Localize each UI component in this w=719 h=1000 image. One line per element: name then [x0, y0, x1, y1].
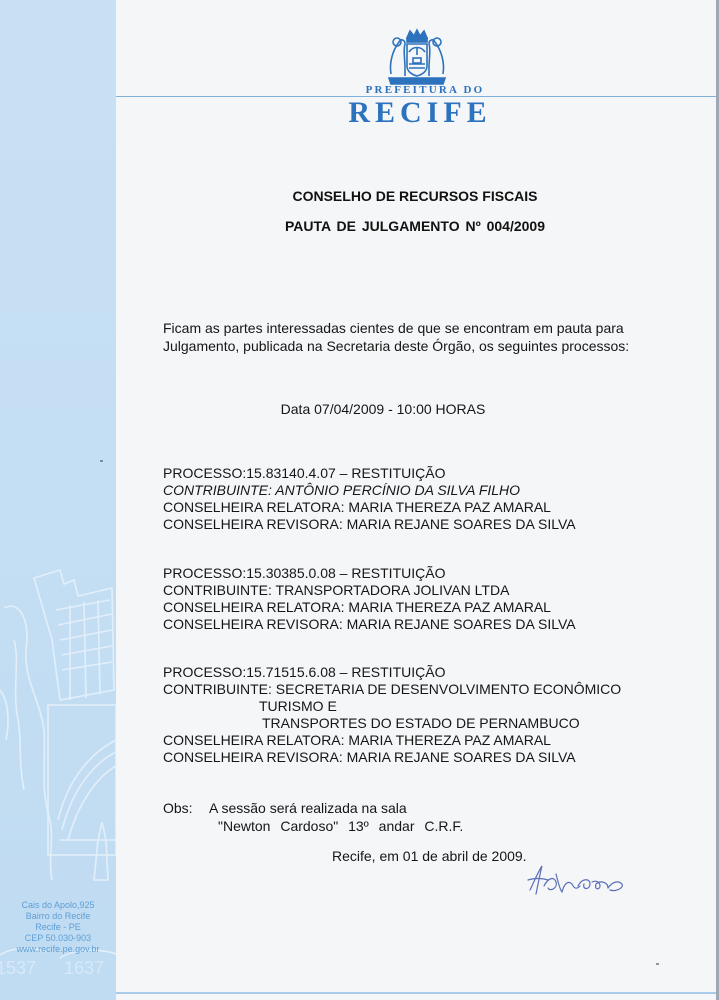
coat-of-arms-icon: [385, 28, 449, 86]
process-entry: PROCESSO:15.83140.4.07 – RESTITUIÇÃO CON…: [163, 465, 683, 533]
address-block: Cais do Apolo,925 Bairro do Recife Recif…: [0, 900, 116, 955]
process-revisora: CONSELHEIRA REVISORA: MARIA REJANE SOARE…: [163, 616, 683, 633]
letterhead-sidebar: 1537 1637 Cais do Apolo,925 Bairro do Re…: [0, 0, 116, 1000]
observation-note: Obs:A sessão será realizada na sala "New…: [163, 799, 463, 835]
process-contribuinte-cont: TURISMO E: [163, 698, 683, 715]
signed-date: Recife, em 01 de abril de 2009.: [332, 848, 527, 864]
process-contribuinte: CONTRIBUINTE: SECRETARIA DE DESENVOLVIME…: [163, 681, 683, 698]
address-street: Cais do Apolo,925: [0, 900, 116, 911]
city-watermark-icon: 1537 1637: [0, 0, 116, 1000]
process-entry: PROCESSO:15.30385.0.08 – RESTITUIÇÃO CON…: [163, 565, 683, 633]
obs-location: "Newton Cardoso" 13º andar C.R.F.: [163, 817, 463, 835]
process-contribuinte: CONTRIBUINTE: ANTÔNIO PERCÍNIO DA SILVA …: [163, 482, 683, 499]
session-date: Data 07/04/2009 - 10:00 HORAS: [163, 401, 603, 417]
process-number: PROCESSO:15.71515.6.08 – RESTITUIÇÃO: [163, 664, 683, 681]
obs-label: Obs:: [163, 799, 209, 817]
handwritten-signature-icon: [520, 860, 630, 900]
year-1537-watermark: 1537: [0, 958, 36, 978]
obs-text: A sessão será realizada na sala: [209, 800, 407, 816]
intro-paragraph: Ficam as partes interessadas cientes de …: [163, 319, 683, 355]
address-district: Bairro do Recife: [0, 911, 116, 922]
footer-divider: [116, 992, 716, 994]
intro-line: Julgamento, publicada na Secretaria dest…: [163, 337, 683, 355]
year-1637-watermark: 1637: [64, 958, 104, 978]
scan-speck: [100, 460, 103, 462]
address-website[interactable]: www.recife.pe.gov.br: [0, 944, 116, 955]
scan-speck: [656, 963, 659, 965]
process-contribuinte-cont: TRANSPORTES DO ESTADO DE PERNAMBUCO: [163, 715, 683, 732]
process-number: PROCESSO:15.83140.4.07 – RESTITUIÇÃO: [163, 465, 683, 482]
intro-line: Ficam as partes interessadas cientes de …: [163, 319, 683, 337]
process-revisora: CONSELHEIRA REVISORA: MARIA REJANE SOARE…: [163, 516, 683, 533]
document-subtitle: PAUTA DE JULGAMENTO Nº 004/2009: [180, 218, 650, 234]
process-relatora: CONSELHEIRA RELATORA: MARIA THEREZA PAZ …: [163, 732, 683, 749]
process-number: PROCESSO:15.30385.0.08 – RESTITUIÇÃO: [163, 565, 683, 582]
address-city: Recife - PE: [0, 922, 116, 933]
process-entry: PROCESSO:15.71515.6.08 – RESTITUIÇÃO CON…: [163, 664, 683, 766]
process-revisora: CONSELHEIRA REVISORA: MARIA REJANE SOARE…: [163, 749, 683, 766]
process-relatora: CONSELHEIRA RELATORA: MARIA THEREZA PAZ …: [163, 599, 683, 616]
org-name-small: PREFEITURA DO: [330, 84, 520, 96]
org-name-large: RECIFE: [320, 96, 520, 130]
address-cep: CEP 50.030-903: [0, 933, 116, 944]
document-title: CONSELHO DE RECURSOS FISCAIS: [180, 188, 650, 204]
process-relatora: CONSELHEIRA RELATORA: MARIA THEREZA PAZ …: [163, 499, 683, 516]
document-page: 1537 1637 Cais do Apolo,925 Bairro do Re…: [0, 0, 719, 1000]
process-contribuinte: CONTRIBUINTE: TRANSPORTADORA JOLIVAN LTD…: [163, 582, 683, 599]
